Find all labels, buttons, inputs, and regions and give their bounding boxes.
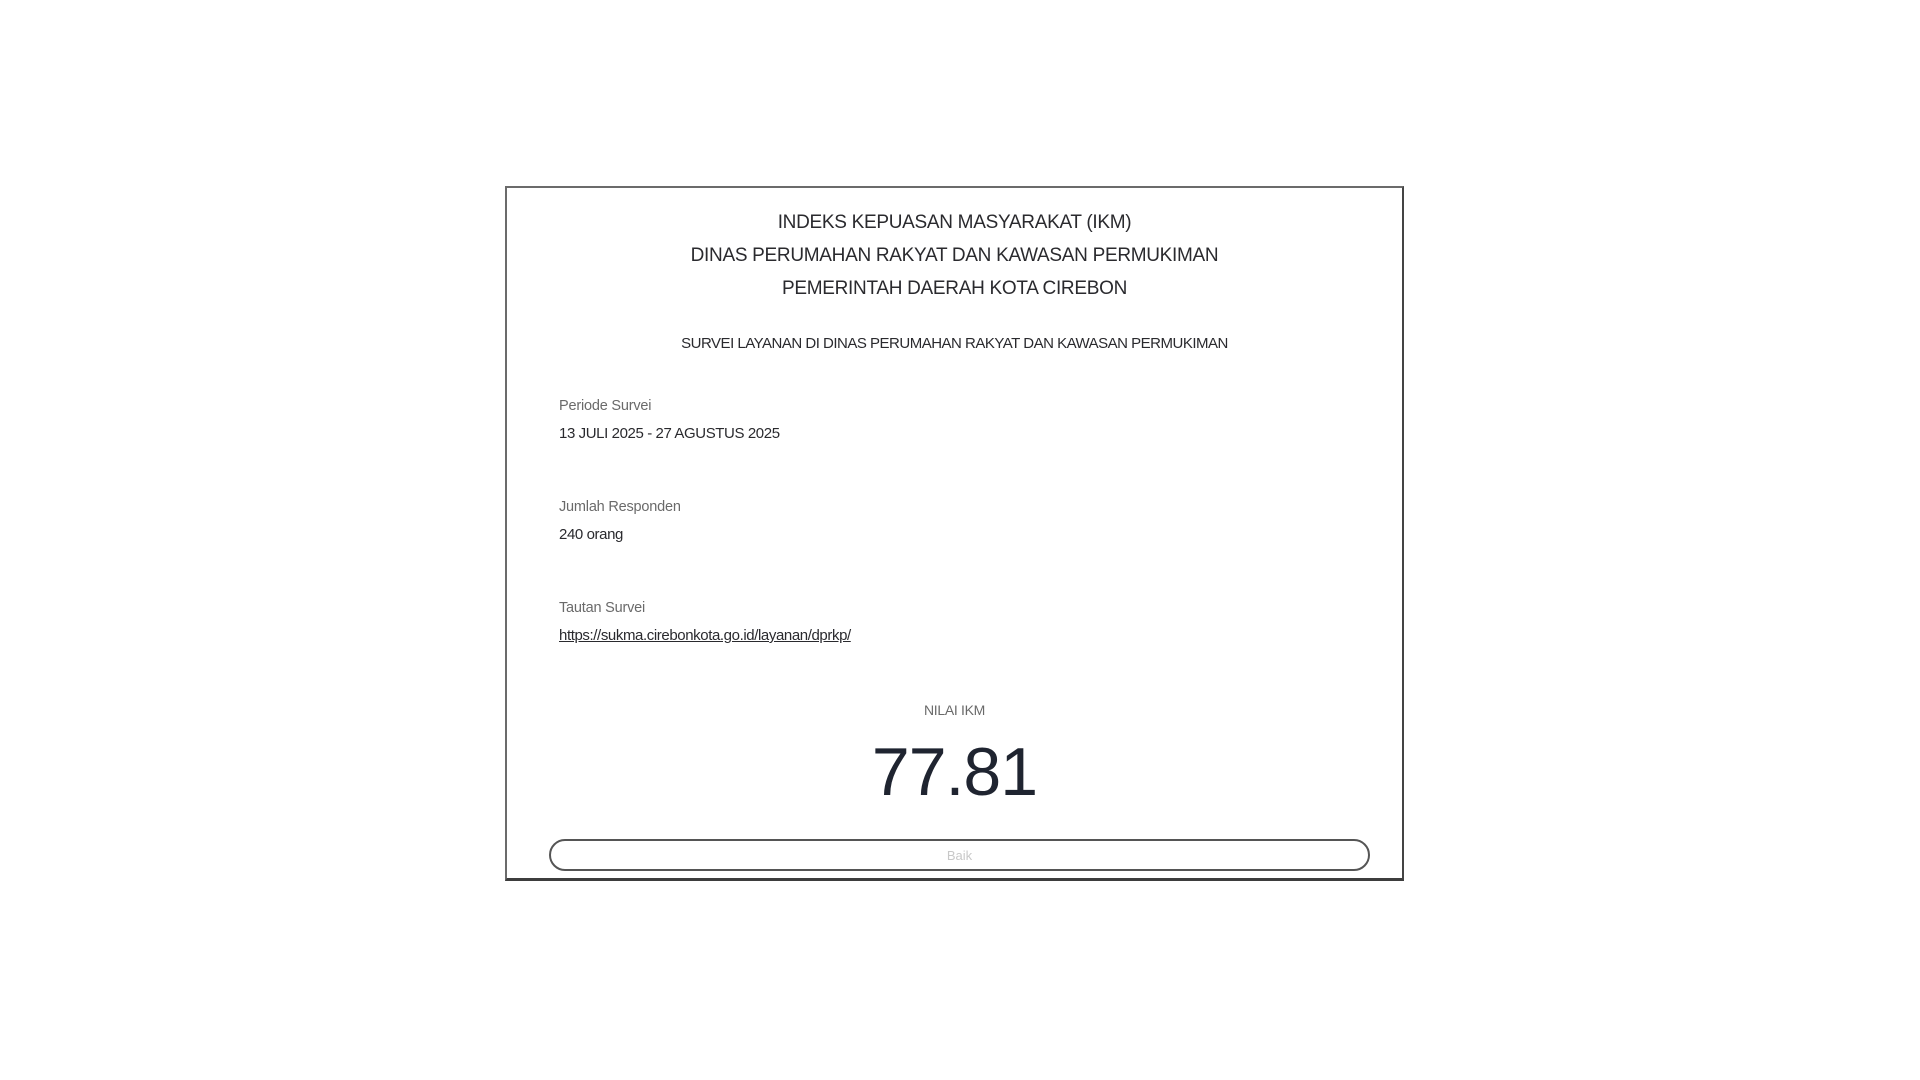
field-periode-survei: Periode Survei 13 JULI 2025 - 27 AGUSTUS…	[559, 396, 780, 444]
periode-value: 13 JULI 2025 - 27 AGUSTUS 2025	[559, 424, 780, 444]
field-tautan-survei: Tautan Survei https://sukma.cirebonkota.…	[559, 598, 851, 646]
title-line-2: DINAS PERUMAHAN RAKYAT DAN KAWASAN PERMU…	[507, 239, 1402, 272]
field-jumlah-responden: Jumlah Responden 240 orang	[559, 497, 681, 545]
title-line-1: INDEKS KEPUASAN MASYARAKAT (IKM)	[507, 206, 1402, 239]
category-text: Baik	[947, 848, 972, 863]
score-label: NILAI IKM	[507, 702, 1402, 718]
card-header: INDEKS KEPUASAN MASYARAKAT (IKM) DINAS P…	[507, 206, 1402, 305]
score-value: 77.81	[507, 732, 1402, 812]
responden-value: 240 orang	[559, 525, 681, 545]
survey-link[interactable]: https://sukma.cirebonkota.go.id/layanan/…	[559, 627, 851, 644]
survey-subtitle: SURVEI LAYANAN DI DINAS PERUMAHAN RAKYAT…	[507, 335, 1402, 352]
ikm-card: INDEKS KEPUASAN MASYARAKAT (IKM) DINAS P…	[505, 186, 1404, 881]
periode-label: Periode Survei	[559, 396, 780, 416]
category-badge: Baik	[549, 839, 1370, 871]
tautan-value: https://sukma.cirebonkota.go.id/layanan/…	[559, 626, 851, 646]
tautan-label: Tautan Survei	[559, 598, 851, 618]
responden-label: Jumlah Responden	[559, 497, 681, 517]
title-line-3: PEMERINTAH DAERAH KOTA CIREBON	[507, 272, 1402, 305]
